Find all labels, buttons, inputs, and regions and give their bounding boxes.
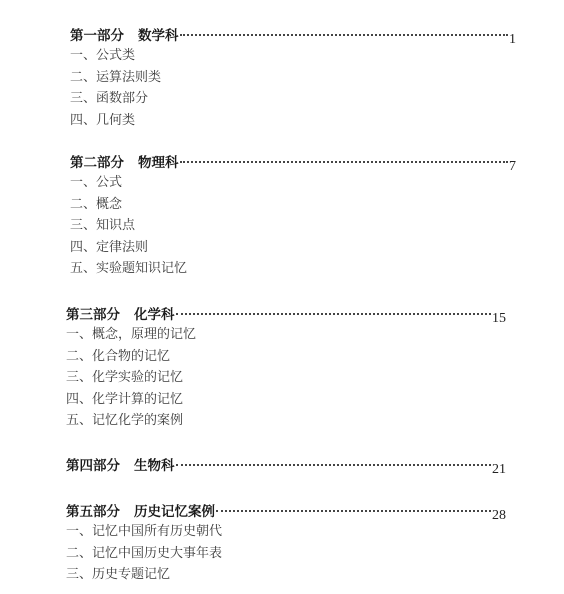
part-label: 第三部分 (66, 303, 134, 323)
subsection-item[interactable]: 五、记忆化学的案例 (66, 410, 506, 432)
toc-section-physics: 第二部分 物理科 7 一、公式 二、概念 三、知识点 四、定律法则 五、实验题知… (70, 151, 516, 280)
table-of-contents: 第一部分 数学科 1 一、公式类 二、运算法则类 三、函数部分 四、几何类 第二… (0, 0, 564, 594)
subsection-item[interactable]: 五、实验题知识记忆 (70, 258, 516, 280)
toc-section-biology: 第四部分 生物科 21 (66, 454, 506, 474)
section-heading[interactable]: 第一部分 数学科 1 (70, 24, 516, 44)
subsection-item[interactable]: 一、记忆中国所有历史朝代 (66, 521, 506, 543)
subsection-item[interactable]: 四、化学计算的记忆 (66, 389, 506, 411)
section-heading[interactable]: 第三部分 化学科 15 (66, 303, 506, 323)
section-heading[interactable]: 第四部分 生物科 21 (66, 454, 506, 474)
part-label: 第一部分 (70, 24, 138, 44)
subsection-item[interactable]: 二、运算法则类 (70, 67, 516, 89)
subsection-item[interactable]: 三、知识点 (70, 215, 516, 237)
page-number: 15 (492, 311, 506, 327)
subsection-item[interactable]: 一、概念，原理的记忆 (66, 324, 506, 346)
dot-leader (180, 34, 509, 36)
subsection-item[interactable]: 二、概念 (70, 194, 516, 216)
page-number: 1 (509, 32, 516, 48)
subsection-item[interactable]: 三、历史专题记忆 (66, 564, 506, 586)
subsection-item[interactable]: 四、几何类 (70, 110, 516, 132)
section-title: 历史记忆案例 (134, 500, 215, 520)
subsection-list: 一、公式 二、概念 三、知识点 四、定律法则 五、实验题知识记忆 (70, 172, 516, 280)
part-label: 第四部分 (66, 454, 134, 474)
section-title: 化学科 (134, 303, 175, 323)
dot-leader (180, 161, 509, 163)
subsection-list: 一、概念，原理的记忆 二、化合物的记忆 三、化学实验的记忆 四、化学计算的记忆 … (66, 324, 506, 432)
toc-section-math: 第一部分 数学科 1 一、公式类 二、运算法则类 三、函数部分 四、几何类 (70, 24, 516, 131)
page-number: 21 (492, 462, 506, 478)
section-title: 生物科 (134, 454, 175, 474)
section-title: 数学科 (138, 24, 179, 44)
toc-section-history: 第五部分 历史记忆案例 28 一、记忆中国所有历史朝代 二、记忆中国历史大事年表… (66, 500, 506, 586)
subsection-item[interactable]: 二、化合物的记忆 (66, 346, 506, 368)
page-number: 28 (492, 508, 506, 524)
subsection-item[interactable]: 一、公式类 (70, 45, 516, 67)
page-number: 7 (509, 159, 516, 175)
part-label: 第五部分 (66, 500, 134, 520)
dot-leader (176, 464, 492, 466)
subsection-item[interactable]: 三、函数部分 (70, 88, 516, 110)
dot-leader (176, 313, 492, 315)
subsection-list: 一、公式类 二、运算法则类 三、函数部分 四、几何类 (70, 45, 516, 131)
subsection-list: 一、记忆中国所有历史朝代 二、记忆中国历史大事年表 三、历史专题记忆 (66, 521, 506, 586)
dot-leader (216, 510, 491, 512)
section-heading[interactable]: 第五部分 历史记忆案例 28 (66, 500, 506, 520)
subsection-item[interactable]: 一、公式 (70, 172, 516, 194)
subsection-item[interactable]: 三、化学实验的记忆 (66, 367, 506, 389)
subsection-item[interactable]: 四、定律法则 (70, 237, 516, 259)
subsection-item[interactable]: 二、记忆中国历史大事年表 (66, 543, 506, 565)
section-title: 物理科 (138, 151, 179, 171)
toc-section-chemistry: 第三部分 化学科 15 一、概念，原理的记忆 二、化合物的记忆 三、化学实验的记… (66, 303, 506, 432)
part-label: 第二部分 (70, 151, 138, 171)
section-heading[interactable]: 第二部分 物理科 7 (70, 151, 516, 171)
